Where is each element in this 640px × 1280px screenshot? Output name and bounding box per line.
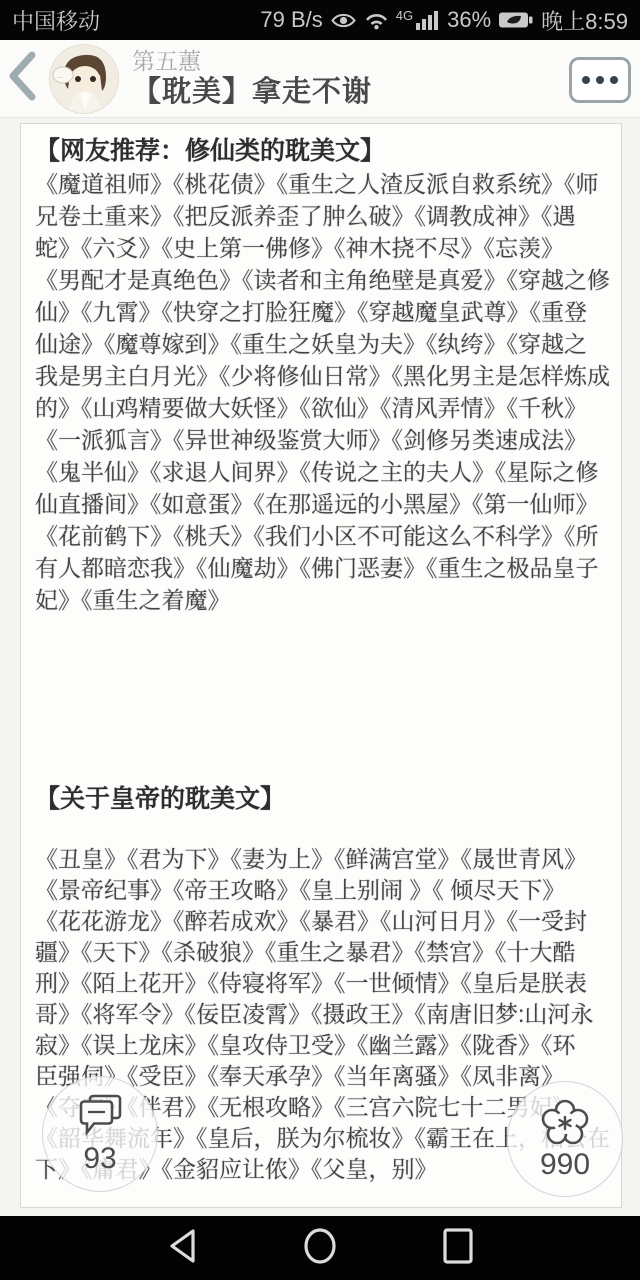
flower-icon: [539, 1098, 591, 1153]
post-body-card: 【网友推荐：修仙类的耽美文】 《魔道祖师》《桃花债》《重生之人渣反派自救系统》《…: [20, 123, 622, 1208]
text-line: 蛇》《六爻》《史上第一佛修》《神木挠不尽》《忘羡》: [35, 232, 608, 264]
home-circle-icon: [300, 1224, 340, 1273]
post-content-area: 【网友推荐：修仙类的耽美文】 《魔道祖师》《桃花债》《重生之人渣反派自救系统》《…: [0, 118, 640, 1216]
avatar[interactable]: …: [50, 45, 118, 113]
back-button[interactable]: [0, 50, 44, 107]
app-header: … 第五蕙 【耽美】拿走不谢: [0, 40, 640, 118]
svg-text:…: …: [57, 73, 64, 80]
ellipsis-dot: [610, 76, 618, 84]
text-line: 《一派狐言》《异世神级鉴赏大师》《剑修另类速成法》: [35, 424, 608, 456]
text-line: 仙》《九霄》《快穿之打脸狂魔》《穿越魔皇武尊》《重登: [35, 296, 608, 328]
nav-recents-button[interactable]: [438, 1224, 478, 1273]
text-line: 《鬼半仙》《求退人间界》《传说之主的夫人》《星际之修: [35, 456, 608, 488]
network-speed: 79 B/s: [260, 7, 322, 33]
section-heading: 【关于皇帝的耽美文】: [35, 784, 608, 814]
flowers-count: 990: [540, 1150, 590, 1180]
text-line: 《丑皇》《君为下》《妻为上》《鲜满宫堂》《晟世青风》: [35, 844, 608, 875]
clock-label: 晚上8:59: [541, 5, 628, 36]
comments-button[interactable]: 93: [42, 1076, 158, 1192]
flower-button[interactable]: 990: [507, 1081, 623, 1197]
text-line: 寂》《误上龙床》《皇攻侍卫受》《幽兰露》《陇香》《环: [35, 1030, 608, 1061]
back-triangle-icon: [162, 1224, 202, 1273]
recents-square-icon: [438, 1224, 478, 1273]
ellipsis-dot: [582, 76, 590, 84]
battery-icon: [498, 10, 534, 30]
signal-bars-icon: [416, 10, 440, 31]
text-line: 仙直播间》《如意蛋》《在那遥远的小黑屋》《第一仙师》: [35, 488, 608, 520]
network-type-label: 4G: [396, 8, 413, 23]
post-info: 第五蕙 【耽美】拿走不谢: [132, 48, 372, 110]
text-line: 妃》《重生之着魔》: [35, 584, 608, 616]
text-line: 兄卷土重来》《把反派养歪了肿么破》《调教成神》《遇: [35, 200, 608, 232]
text-line: 《花前鹤下》《桃夭》《我们小区不可能这么不科学》《所: [35, 520, 608, 552]
nav-back-button[interactable]: [162, 1224, 202, 1273]
chevron-left-icon: [6, 50, 38, 107]
battery-percent: 36%: [447, 7, 491, 33]
status-bar: 中国移动 79 B/s 4G 36%: [0, 0, 640, 40]
ellipsis-dot: [596, 76, 604, 84]
text-line: 有人都暗恋我》《仙魔劫》《佛门恶妻》《重生之极品皇子: [35, 552, 608, 584]
text-line: 我是男主白月光》《少将修仙日常》《黑化男主是怎样炼成: [35, 360, 608, 392]
wifi-icon: [364, 11, 389, 30]
section-xiuxian: 【网友推荐：修仙类的耽美文】 《魔道祖师》《桃花债》《重生之人渣反派自救系统》《…: [35, 136, 608, 616]
text-line: 刑》《陌上花开》《侍寝将军》《一世倾情》《皇后是朕表: [35, 968, 608, 999]
text-line: 的》《山鸡精要做大妖怪》《欲仙》《清风弄情》《千秋》: [35, 392, 608, 424]
data-saver-eye-icon: [330, 11, 357, 30]
status-bar-right: 79 B/s 4G 36%: [260, 5, 628, 36]
comments-count: 93: [83, 1144, 116, 1174]
username: 第五蕙: [132, 48, 372, 75]
nav-home-button[interactable]: [300, 1224, 340, 1273]
section-lines: 《魔道祖师》《桃花债》《重生之人渣反派自救系统》《师兄卷土重来》《把反派养歪了肿…: [35, 168, 608, 616]
comment-bubbles-icon: [74, 1094, 126, 1147]
android-nav-bar: [0, 1216, 640, 1280]
text-line: 疆》《天下》《杀破狼》《重生之暴君》《禁宫》《十大酷: [35, 937, 608, 968]
post-title: 【耽美】拿走不谢: [132, 75, 372, 110]
text-line: 《花花游龙》《醉若成欢》《暴君》《山河日月》《一受封: [35, 906, 608, 937]
section-heading: 【网友推荐：修仙类的耽美文】: [35, 136, 608, 166]
text-line: 《魔道祖师》《桃花债》《重生之人渣反派自救系统》《师: [35, 168, 608, 200]
carrier-label: 中国移动: [12, 5, 100, 36]
text-line: 哥》《将军令》《佞臣凌霄》《摄政王》《南唐旧梦:山河永: [35, 999, 608, 1030]
text-line: 《男配才是真绝色》《读者和主角绝壁是真爱》《穿越之修: [35, 264, 608, 296]
more-options-button[interactable]: [569, 57, 631, 103]
text-line: 《景帝纪事》《帝王攻略》《皇上别闹 》《 倾尽天下》: [35, 875, 608, 906]
text-line: 仙途》《魔尊嫁到》《重生之妖皇为夫》《纨绔》《穿越之: [35, 328, 608, 360]
